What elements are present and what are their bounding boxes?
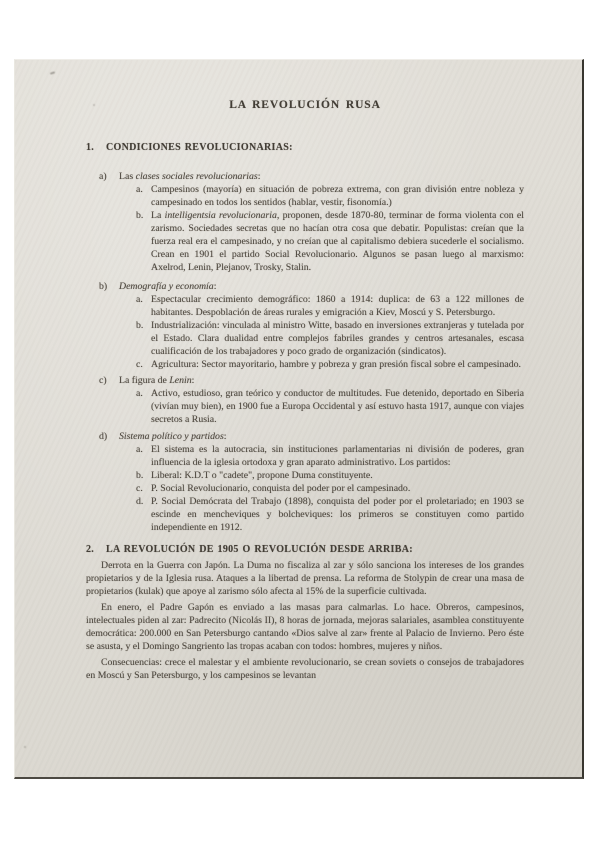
item-marker: a. (136, 387, 151, 426)
item-text: Liberal: K.D.T o "cadete", propone Duma … (151, 469, 524, 482)
item-marker: b. (136, 469, 151, 482)
item-text: P. Social Revolucionario, conquista del … (151, 482, 524, 495)
group-c-label-tail: : (192, 375, 195, 386)
item-text-pre: El sistema es la autocracia, sin institu… (151, 444, 524, 468)
scan-speck (50, 71, 55, 74)
list-group-c: c) La figura de Lenin: (86, 374, 524, 387)
paragraph: Derrota en la Guerra con Japón. La Duma … (86, 559, 524, 598)
item-text: Agricultura: Sector mayoritario, hambre … (151, 358, 524, 371)
item-marker: a. (136, 293, 151, 319)
group-d-marker: d) (99, 430, 119, 443)
group-a-label-lead: Las (119, 171, 136, 182)
item-text: La intelligentsia revolucionaria, propon… (151, 209, 524, 274)
item-text-pre: La (151, 210, 165, 221)
document-title: LA REVOLUCIÓN RUSA (86, 98, 524, 112)
page-content: LA REVOLUCIÓN RUSA 1. CONDICIONES REVOLU… (86, 60, 524, 682)
paragraph: Consecuencias: crece el malestar y el am… (86, 656, 524, 682)
group-b-label: Demografía y economía: (119, 280, 216, 293)
item-marker: b. (136, 319, 151, 358)
list-item: b. Industrialización: vinculada al minis… (86, 319, 524, 358)
group-d-label: Sistema político y partidos: (119, 430, 227, 443)
group-b-label-emphasis: Demografía y economía (119, 281, 214, 292)
item-text: Campesinos (mayoría) en situación de pob… (151, 183, 524, 209)
group-a-label-tail: : (258, 171, 261, 182)
list-item: a. Espectacular crecimiento demográfico:… (86, 293, 524, 319)
group-a-label: Las clases sociales revolucionarias: (119, 170, 260, 183)
section-2-heading: 2. LA REVOLUCIÓN DE 1905 O REVOLUCIÓN DE… (86, 543, 524, 556)
list-item: d. P. Social Demócrata del Trabajo (1898… (86, 495, 524, 534)
item-text-pre: Agricultura: Sector mayoritario, hambre … (151, 359, 521, 370)
item-marker: d. (136, 495, 151, 534)
section-1-heading: 1. CONDICIONES REVOLUCIONARIAS: (86, 141, 524, 154)
list-item: a. El sistema es la autocracia, sin inst… (86, 443, 524, 469)
section-2-title: LA REVOLUCIÓN DE 1905 O REVOLUCIÓN DESDE… (106, 543, 413, 556)
section-2-number: 2. (86, 543, 106, 556)
item-marker: b. (136, 209, 151, 274)
group-b-label-tail: : (214, 281, 217, 292)
list-item: a. Activo, estudioso, gran teórico y con… (86, 387, 524, 426)
item-marker: c. (136, 358, 151, 371)
scan-speck (24, 746, 26, 748)
list-group-b: b) Demografía y economía: (86, 280, 524, 293)
list-group-d: d) Sistema político y partidos: (86, 430, 524, 443)
group-c-label-lead: La figura de (119, 375, 169, 386)
group-c-label: La figura de Lenin: (119, 374, 194, 387)
group-a-marker: a) (99, 170, 119, 183)
section-1-title: CONDICIONES REVOLUCIONARIAS: (106, 141, 293, 154)
item-text-pre: Activo, estudioso, gran teórico y conduc… (151, 388, 524, 425)
item-text: El sistema es la autocracia, sin institu… (151, 443, 524, 469)
item-text: Espectacular crecimiento demográfico: 18… (151, 293, 524, 319)
group-d-label-emphasis: Sistema político y partidos (119, 431, 224, 442)
item-text-pre: P. Social Demócrata del Trabajo (1898), … (151, 496, 524, 533)
item-text-pre: Liberal: K.D.T o "cadete", propone Duma … (151, 470, 373, 481)
scan-background: LA REVOLUCIÓN RUSA 1. CONDICIONES REVOLU… (0, 0, 599, 848)
item-marker: a. (136, 183, 151, 209)
list-item: a. Campesinos (mayoría) en situación de … (86, 183, 524, 209)
item-text-emphasis: intelligentsia revolucionaria (165, 210, 277, 221)
group-c-marker: c) (99, 374, 119, 387)
group-b-marker: b) (99, 280, 119, 293)
list-item: b. Liberal: K.D.T o "cadete", propone Du… (86, 469, 524, 482)
item-text-pre: Espectacular crecimiento demográfico: 18… (151, 294, 524, 318)
document-page: LA REVOLUCIÓN RUSA 1. CONDICIONES REVOLU… (14, 59, 584, 779)
group-c-label-emphasis: Lenin (169, 375, 191, 386)
item-text: Industrialización: vinculada al ministro… (151, 319, 524, 358)
item-marker: c. (136, 482, 151, 495)
group-d-label-tail: : (224, 431, 227, 442)
list-group-a: a) Las clases sociales revolucionarias: (86, 170, 524, 183)
item-text-pre: Campesinos (mayoría) en situación de pob… (151, 184, 524, 208)
paragraph: En enero, el Padre Gapón es enviado a la… (86, 601, 524, 653)
group-a-label-emphasis: clases sociales revolucionarias (136, 171, 258, 182)
item-marker: a. (136, 443, 151, 469)
section-1-number: 1. (86, 141, 106, 154)
list-item: c. P. Social Revolucionario, conquista d… (86, 482, 524, 495)
item-text-pre: P. Social Revolucionario, conquista del … (151, 483, 410, 494)
item-text-pre: Industrialización: vinculada al ministro… (151, 320, 524, 357)
item-text: P. Social Demócrata del Trabajo (1898), … (151, 495, 524, 534)
list-item: b. La intelligentsia revolucionaria, pro… (86, 209, 524, 274)
list-item: c. Agricultura: Sector mayoritario, hamb… (86, 358, 524, 371)
item-text: Activo, estudioso, gran teórico y conduc… (151, 387, 524, 426)
